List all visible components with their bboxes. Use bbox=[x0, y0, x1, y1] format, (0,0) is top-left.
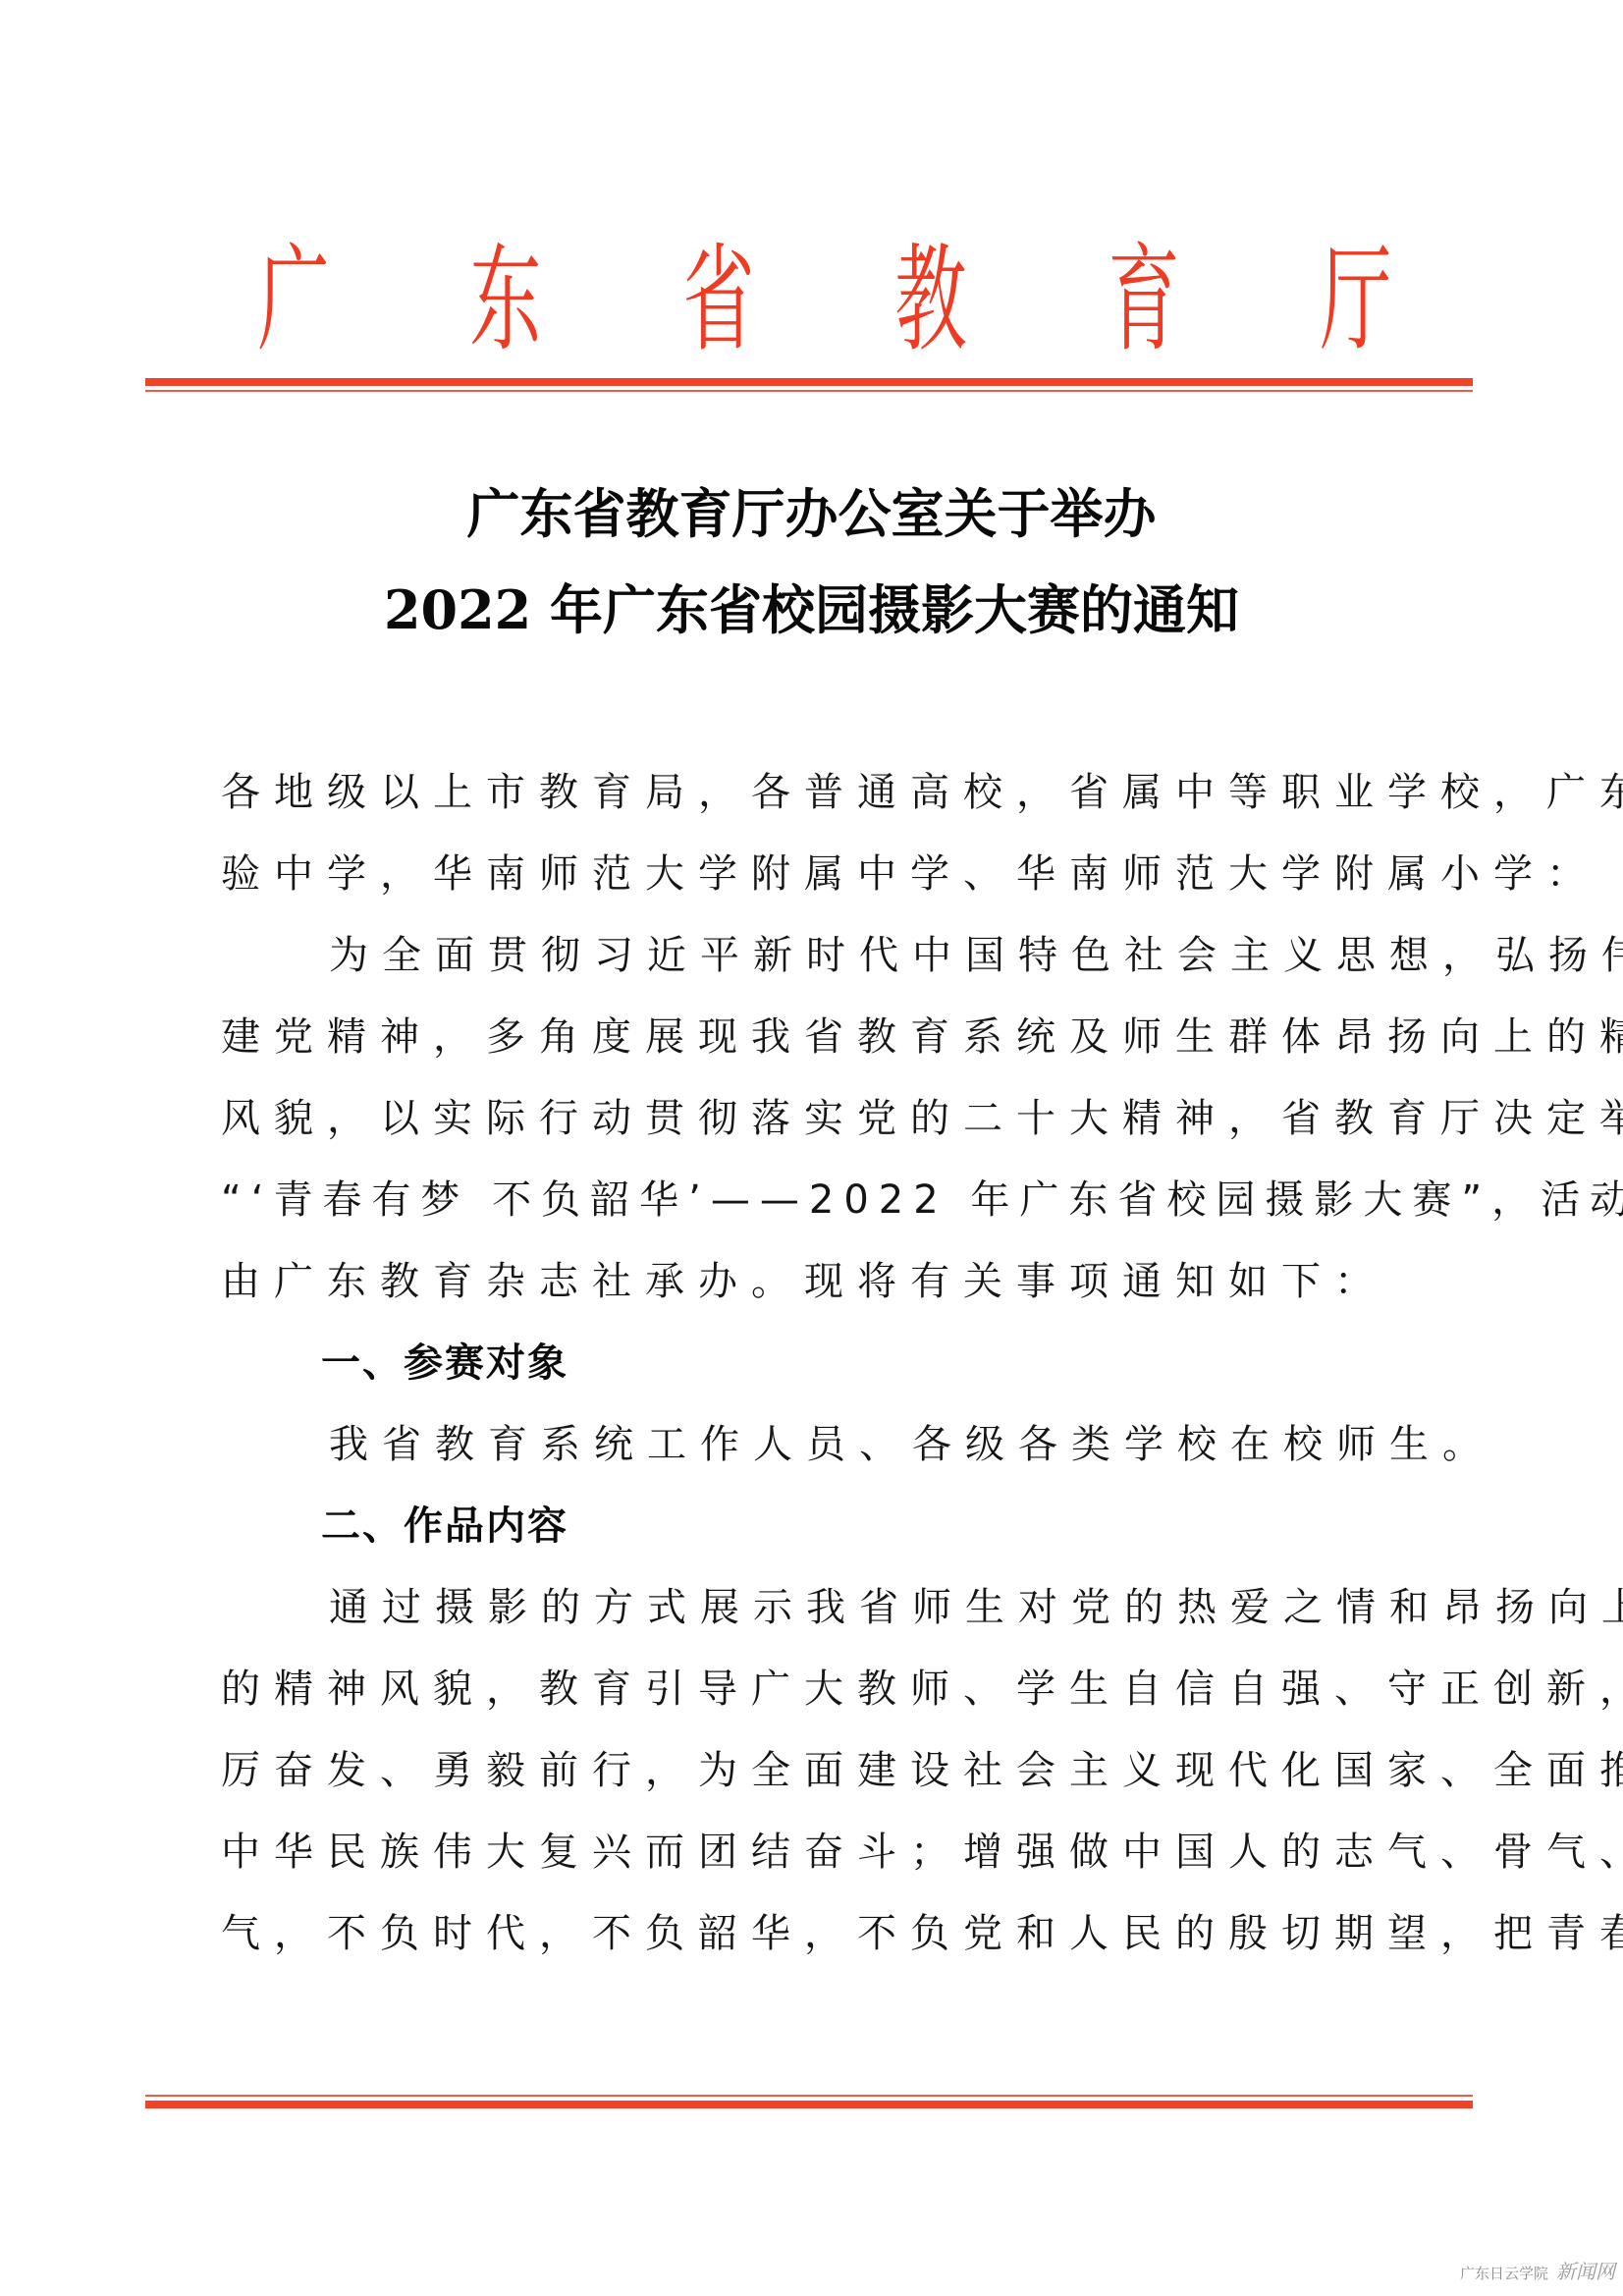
addressee-line: 各地级以上市教育局，各普通高校，省属中等职业学校，广东实 bbox=[221, 752, 1438, 834]
letterhead-char: 育 bbox=[1108, 242, 1179, 357]
document-title-line-1: 广东省教育厅办公室关于举办 bbox=[0, 487, 1623, 540]
watermark: 广东日云学院 新闻网 bbox=[1460, 2256, 1615, 2284]
watermark-brand: 广东日云学院 bbox=[1460, 2263, 1548, 2283]
letterhead-char: 省 bbox=[682, 242, 754, 357]
intro-paragraph-line: 建党精神，多角度展现我省教育系统及师生群体昂扬向上的精神 bbox=[221, 997, 1438, 1078]
intro-paragraph-line: 风貌，以实际行动贯彻落实党的二十大精神，省教育厅决定举办 bbox=[221, 1078, 1438, 1160]
section-heading-participants: 一、参赛对象 bbox=[221, 1323, 1438, 1404]
intro-paragraph-line: “‘青春有梦 不负韶华’——2022 年广东省校园摄影大赛”，活动 bbox=[221, 1160, 1438, 1241]
footer-red-rule-thin bbox=[145, 2095, 1473, 2097]
letterhead-char: 广 bbox=[257, 242, 329, 357]
section-paragraph-line: 中华民族伟大复兴而团结奋斗；增强做中国人的志气、骨气、底 bbox=[221, 1812, 1438, 1893]
letterhead-char: 教 bbox=[895, 242, 967, 357]
addressee-line: 验中学，华南师范大学附属中学、华南师范大学附属小学： bbox=[221, 834, 1438, 915]
watermark-news-logo: 新闻网 bbox=[1556, 2256, 1615, 2284]
section-paragraph-line: 的精神风貌，教育引导广大教师、学生自信自强、守正创新，踔 bbox=[221, 1649, 1438, 1730]
intro-paragraph-line: 由广东教育杂志社承办。现将有关事项通知如下： bbox=[221, 1241, 1438, 1323]
document-title-line-2: 2022 年广东省校园摄影大赛的通知 bbox=[0, 583, 1623, 636]
letterhead-char: 东 bbox=[470, 242, 542, 357]
document-body: 各地级以上市教育局，各普通高校，省属中等职业学校，广东实 验中学，华南师范大学附… bbox=[221, 752, 1438, 1975]
section-paragraph-line: 我省教育系统工作人员、各级各类学校在校师生。 bbox=[221, 1404, 1438, 1486]
header-red-rule-thin bbox=[145, 390, 1473, 392]
letterhead: 广 东 省 教 育 厅 bbox=[147, 231, 1473, 368]
section-paragraph-line: 通过摄影的方式展示我省师生对党的热爱之情和昂扬向上 bbox=[221, 1567, 1438, 1649]
letterhead-char: 厅 bbox=[1320, 242, 1391, 357]
intro-paragraph-line: 为全面贯彻习近平新时代中国特色社会主义思想，弘扬伟大 bbox=[221, 915, 1438, 997]
section-paragraph-line: 厉奋发、勇毅前行，为全面建设社会主义现代化国家、全面推进 bbox=[221, 1730, 1438, 1812]
footer-red-rule-thick bbox=[145, 2101, 1473, 2108]
section-heading-content: 二、作品内容 bbox=[221, 1486, 1438, 1567]
section-paragraph-line: 气，不负时代，不负韶华，不负党和人民的殷切期望，把青春奋 bbox=[221, 1893, 1438, 1975]
document-page: 广 东 省 教 育 厅 广东省教育厅办公室关于举办 2022 年广东省校园摄影大… bbox=[0, 0, 1623, 2296]
header-red-rule-thick bbox=[145, 378, 1473, 386]
